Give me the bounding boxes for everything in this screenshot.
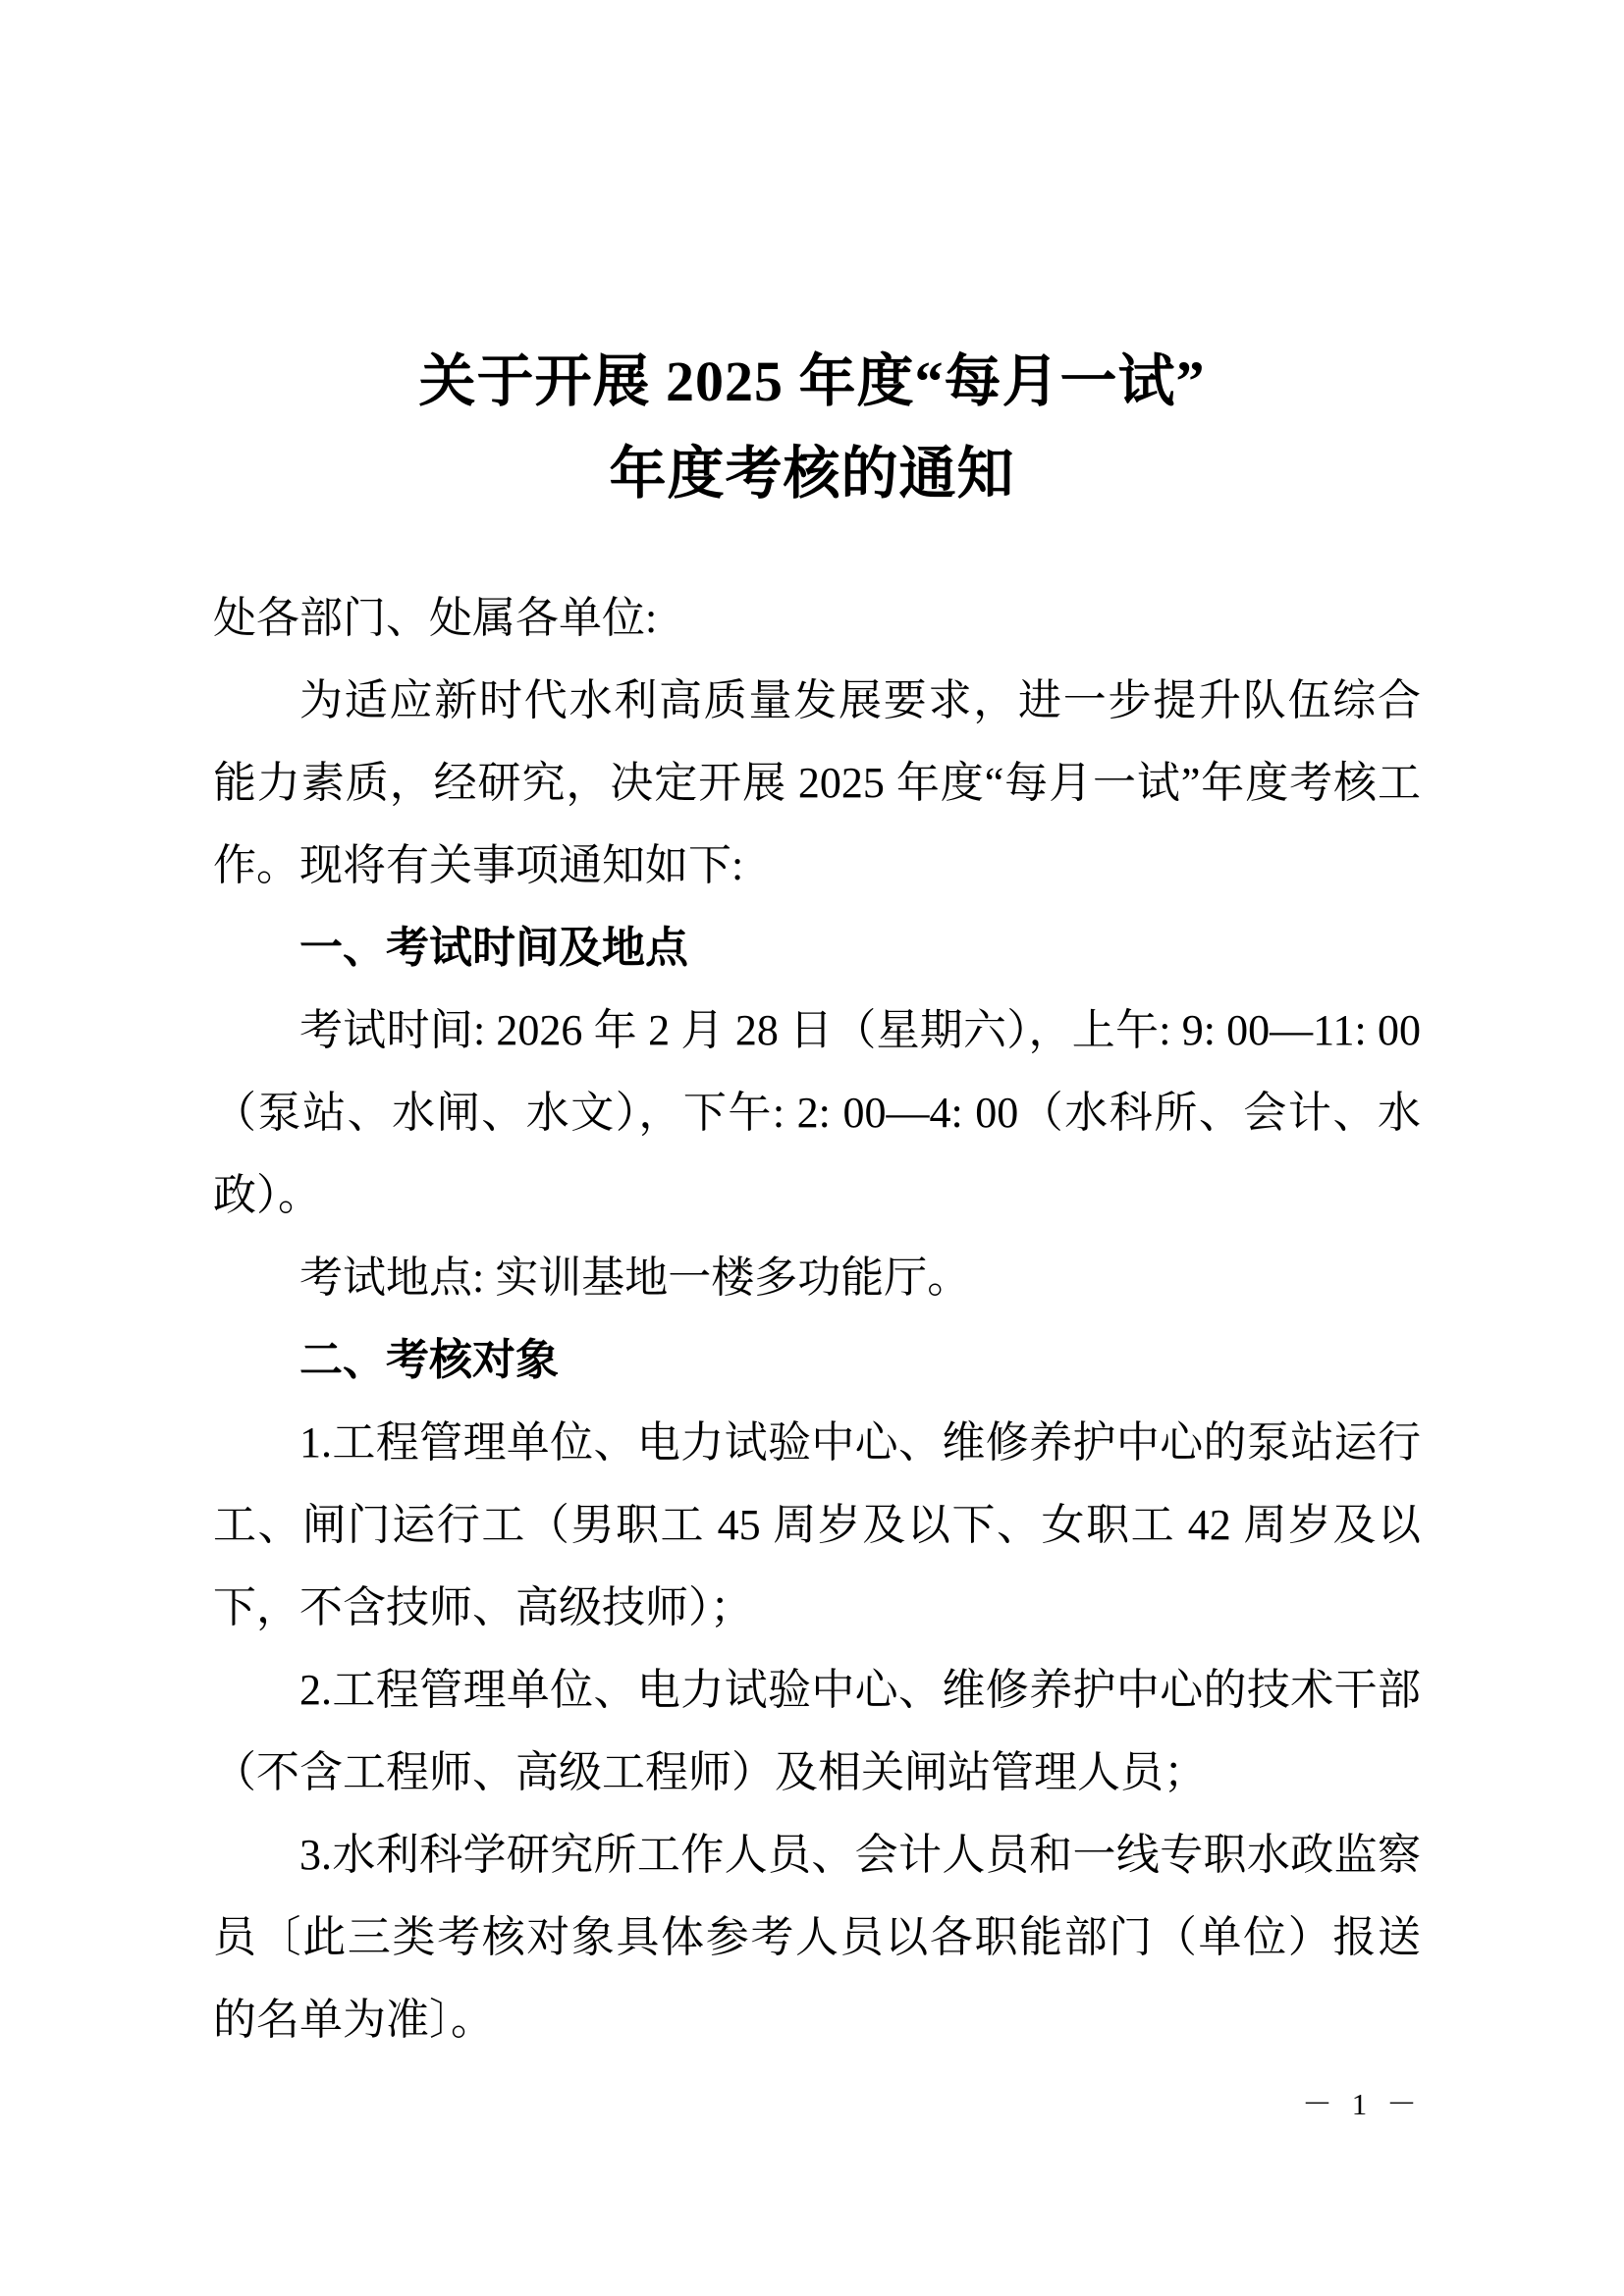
exam-location-paragraph: 考试地点: 实训基地一楼多功能厅。 bbox=[213, 1237, 1421, 1319]
intro-paragraph: 为适应新时代水利高质量发展要求，进一步提升队伍综合能力素质，经研究，决定开展 2… bbox=[213, 660, 1421, 907]
document-body: 处各部门、处属各单位: 为适应新时代水利高质量发展要求，进一步提升队伍综合能力素… bbox=[213, 577, 1421, 2061]
section-heading-assessment-targets: 二、考核对象 bbox=[213, 1319, 1421, 1402]
document-title: 关于开展 2025 年度“每月一试” 年度考核的通知 bbox=[0, 336, 1624, 520]
document-title-line2: 年度考核的通知 bbox=[0, 428, 1624, 520]
document-page: 关于开展 2025 年度“每月一试” 年度考核的通知 处各部门、处属各单位: 为… bbox=[0, 0, 1624, 2296]
target-item-1-paragraph: 1.工程管理单位、电力试验中心、维修养护中心的泵站运行工、闸门运行工（男职工 4… bbox=[213, 1402, 1421, 1649]
salutation-line: 处各部门、处属各单位: bbox=[213, 577, 1421, 660]
exam-time-paragraph: 考试时间: 2026 年 2 月 28 日（星期六），上午: 9: 00—11:… bbox=[213, 989, 1421, 1237]
target-item-3-paragraph: 3.水利科学研究所工作人员、会计人员和一线专职水政监察员〔此三类考核对象具体参考… bbox=[213, 1814, 1421, 2061]
page-number: － 1 － bbox=[1302, 2079, 1423, 2123]
section-heading-exam-time-location: 一、考试时间及地点 bbox=[213, 907, 1421, 989]
document-title-line1: 关于开展 2025 年度“每月一试” bbox=[0, 336, 1624, 428]
target-item-2-paragraph: 2.工程管理单位、电力试验中心、维修养护中心的技术干部（不含工程师、高级工程师）… bbox=[213, 1649, 1421, 1814]
